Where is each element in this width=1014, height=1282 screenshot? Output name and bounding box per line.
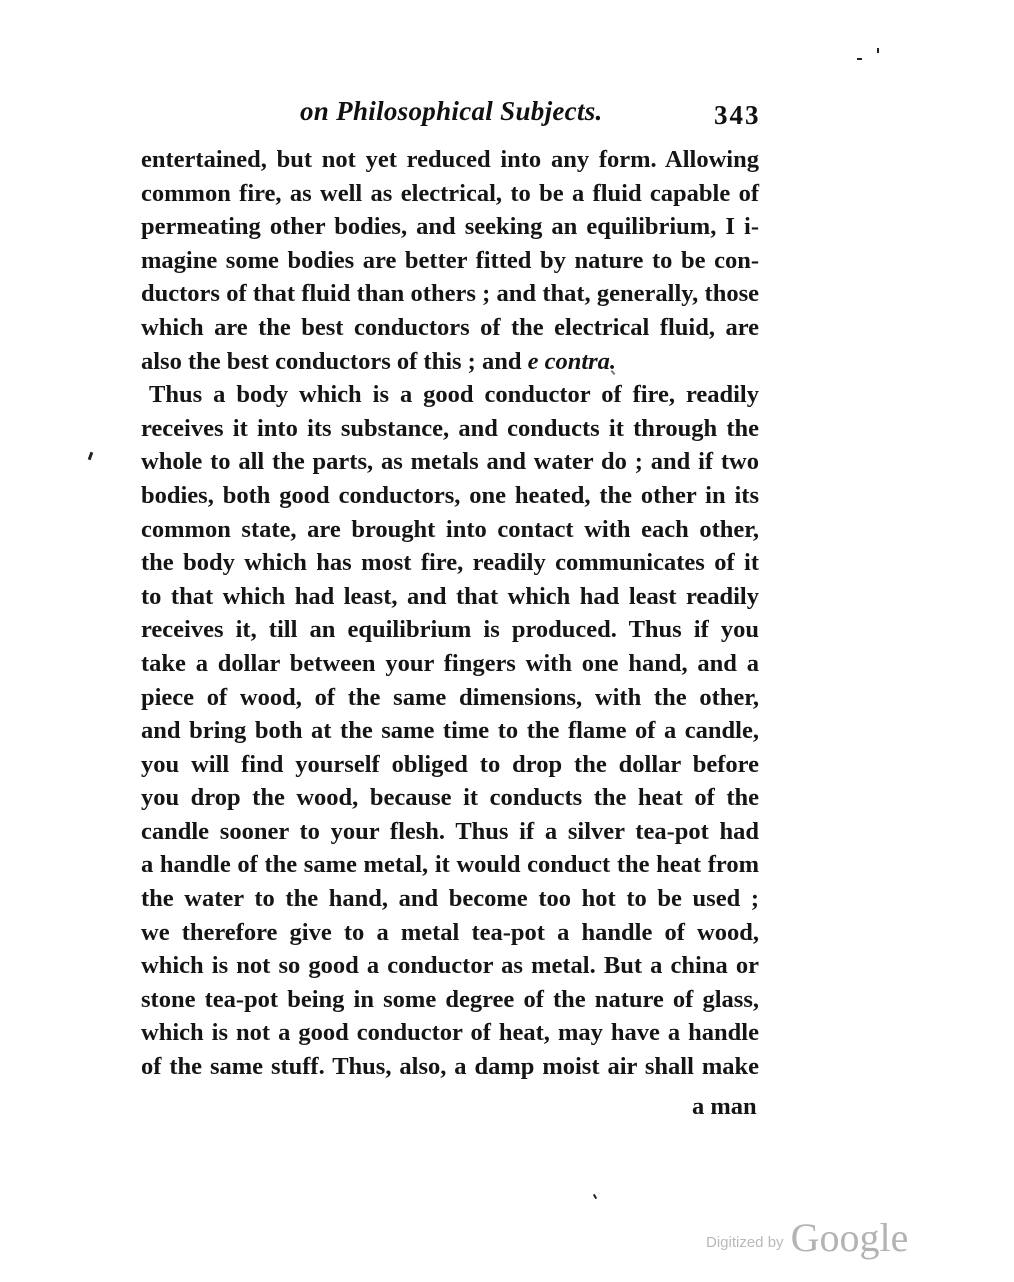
text-line: magine some bodies are better fitted by … xyxy=(141,244,759,278)
digitized-by-google-watermark: Digitized by Google xyxy=(706,1214,908,1261)
text-line: the water to the hand, and become too ho… xyxy=(141,882,759,916)
text-line: candle sooner to your flesh. Thus if a s… xyxy=(141,815,759,849)
text-line: common state, are brought into contact w… xyxy=(141,513,759,547)
scan-speck xyxy=(593,1194,597,1199)
google-logo-text: Google xyxy=(791,1215,909,1260)
catchword: a man xyxy=(692,1093,757,1121)
text-line: you drop the wood, because it conducts t… xyxy=(141,781,759,815)
text-line: to that which had least, and that which … xyxy=(141,580,759,614)
text-line: take a dollar between your fingers with … xyxy=(141,647,759,681)
book-page: on Philosophical Subjects. 343 entertain… xyxy=(0,0,1014,1282)
text-line: of the same stuff. Thus, also, a damp mo… xyxy=(141,1050,759,1084)
text-line: entertained, but not yet reduced into an… xyxy=(141,143,759,177)
scan-speck xyxy=(857,58,862,60)
text-line: which is not a good conductor of heat, m… xyxy=(141,1016,759,1050)
text-line: which is not so good a conductor as meta… xyxy=(141,949,759,983)
paragraph-end-line: also the best conductors of this ; and e… xyxy=(141,345,759,379)
scan-speck xyxy=(88,452,94,461)
body-text: entertained, but not yet reduced into an… xyxy=(141,143,759,1084)
text-line: ductors of that fluid than others ; and … xyxy=(141,277,759,311)
paragraph-start-line: Thus a body which is a good conductor of… xyxy=(141,378,759,412)
text-line: which are the best conductors of the ele… xyxy=(141,311,759,345)
text-line: the body which has most fire, readily co… xyxy=(141,546,759,580)
text-line: bodies, both good conductors, one heated… xyxy=(141,479,759,513)
text-line: and bring both at the same time to the f… xyxy=(141,714,759,748)
watermark-prefix: Digitized by xyxy=(706,1234,784,1251)
scan-speck xyxy=(877,48,879,53)
text-line: you will find yourself obliged to drop t… xyxy=(141,748,759,782)
text-line: we therefore give to a metal tea-pot a h… xyxy=(141,916,759,950)
text-line: piece of wood, of the same dimensions, w… xyxy=(141,681,759,715)
italic-phrase: e contra. xyxy=(528,348,616,375)
text-line: permeating other bodies, and seeking an … xyxy=(141,210,759,244)
text-line: receives it into its substance, and cond… xyxy=(141,412,759,446)
text-line: whole to all the parts, as metals and wa… xyxy=(141,445,759,479)
text-line: stone tea-pot being in some degree of th… xyxy=(141,983,759,1017)
text-line: common fire, as well as electrical, to b… xyxy=(141,177,759,211)
text-line: a handle of the same metal, it would con… xyxy=(141,848,759,882)
text-span: also the best conductors of this ; and xyxy=(141,348,528,375)
text-line: receives it, till an equilibrium is prod… xyxy=(141,613,759,647)
page-number: 343 xyxy=(714,100,761,131)
running-head-title: on Philosophical Subjects. xyxy=(300,96,603,127)
